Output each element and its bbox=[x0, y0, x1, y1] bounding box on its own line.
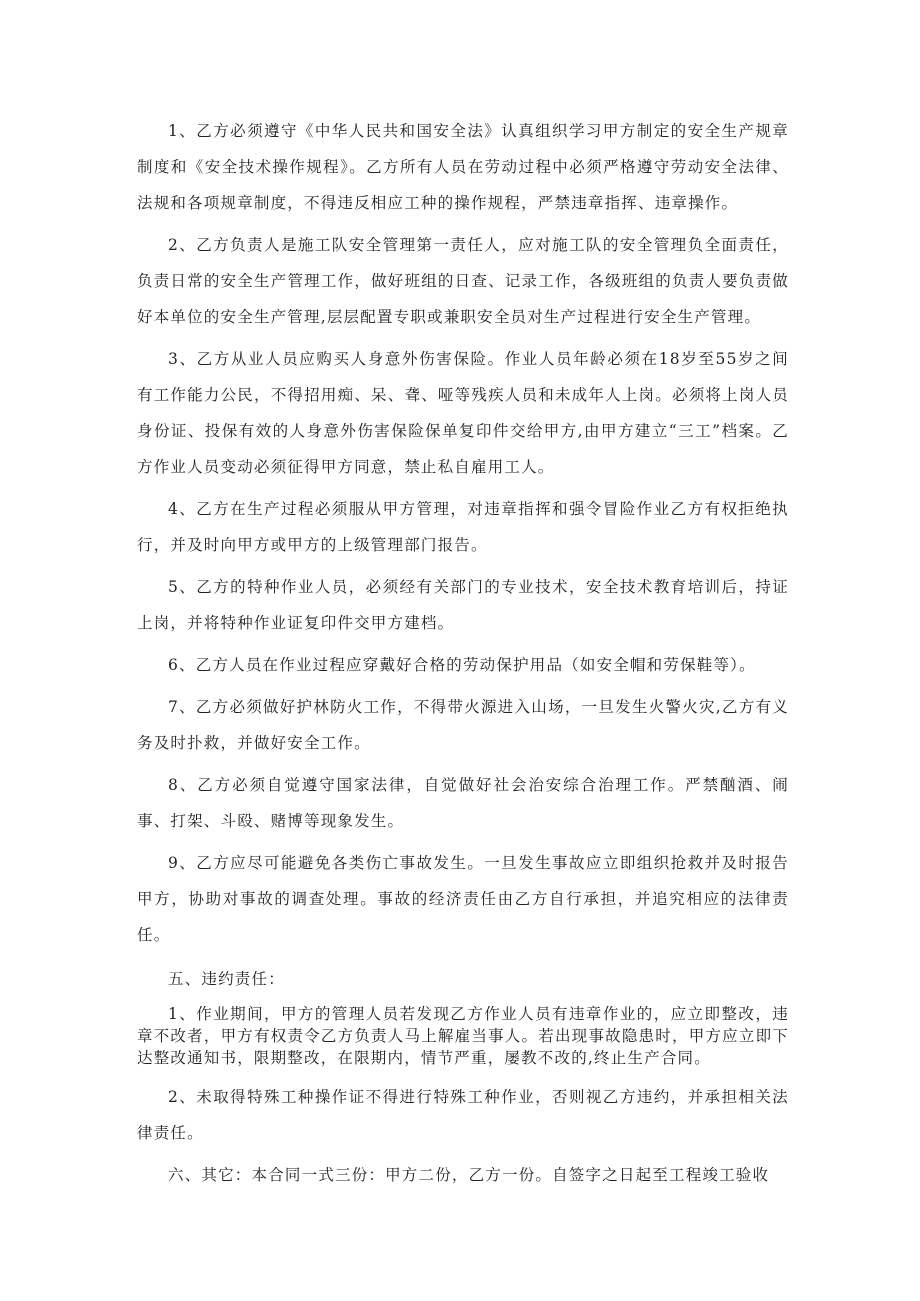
breach-item-1: 1、作业期间，甲方的管理人员若发现乙方作业人员有违章作业的，应立即整改，违章不改… bbox=[137, 1003, 789, 1069]
document-page: 1、乙方必须遵守《中华人民共和国安全法》认真组织学习甲方制定的安全生产规章制度和… bbox=[137, 113, 789, 1199]
safety-item-9: 9、乙方应尽可能避免各类伤亡事故发生。一旦发生事故应立即组织抢救并及时报告甲方，… bbox=[137, 845, 789, 953]
safety-item-1: 1、乙方必须遵守《中华人民共和国安全法》认真组织学习甲方制定的安全生产规章制度和… bbox=[137, 113, 789, 221]
safety-item-2: 2、乙方负责人是施工队安全管理第一责任人，应对施工队的安全管理负全面责任，负责日… bbox=[137, 227, 789, 335]
safety-item-5: 5、乙方的特种作业人员，必须经有关部门的专业技术，安全技术教育培训后，持证上岗，… bbox=[137, 569, 789, 641]
breach-item-2: 2、未取得特殊工种操作证不得进行特殊工种作业，否则视乙方违约，并承担相关法律责任… bbox=[137, 1079, 789, 1151]
section-other: 六、其它：本合同一式三份：甲方二份，乙方一份。自签字之日起至工程竣工验收 bbox=[137, 1157, 789, 1193]
safety-item-3: 3、乙方从业人员应购买人身意外伤害保险。作业人员年龄必须在18岁至55岁之间有工… bbox=[137, 341, 789, 485]
section-heading-breach: 五、违约责任： bbox=[137, 961, 789, 997]
safety-item-6: 6、乙方人员在作业过程应穿戴好合格的劳动保护用品（如安全帽和劳保鞋等）。 bbox=[137, 647, 789, 683]
safety-item-8: 8、乙方必须自觉遵守国家法律，自觉做好社会治安综合治理工作。严禁酗酒、闹事、打架… bbox=[137, 767, 789, 839]
safety-item-7: 7、乙方必须做好护林防火工作，不得带火源进入山场，一旦发生火警火灾,乙方有义务及… bbox=[137, 689, 789, 761]
safety-item-4: 4、乙方在生产过程必须服从甲方管理，对违章指挥和强令冒险作业乙方有权拒绝执行，并… bbox=[137, 491, 789, 563]
